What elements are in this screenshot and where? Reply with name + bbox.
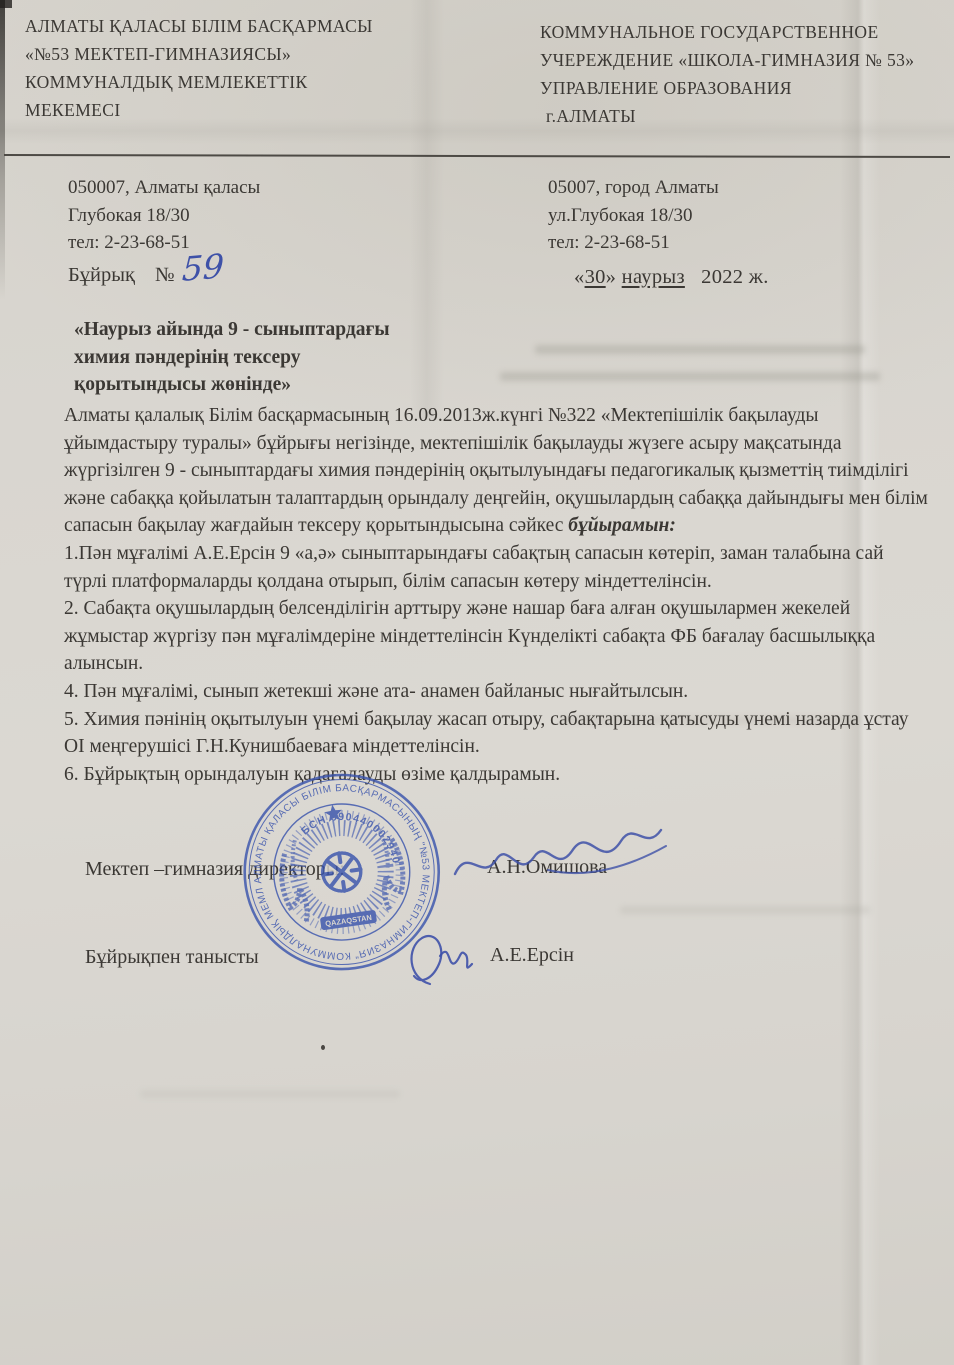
address-line: ул.Глубокая 18/30 [548,202,719,230]
date-year: 2022 ж. [701,266,769,288]
order-number-handwritten: 59 [181,246,225,289]
scan-edge-left [0,0,5,300]
date-day: 30 [585,266,606,288]
address-block-russian: 05007, город Алматы ул.Глубокая 18/30 те… [548,174,719,257]
scanned-document-page: АЛМАТЫ ҚАЛАСЫ БІЛІМ БАСҚАРМАСЫ «№53 МЕКТ… [0,0,954,1365]
body-intro-paragraph: Алматы қалалық Білім басқармасының 16.09… [64,402,928,540]
bleedthrough-line [535,345,865,354]
order-item: 6. Бұйрықтың орындалуын қадағалауды өзім… [64,761,928,789]
address-line: тел: 2-23-68-51 [68,229,260,257]
letterhead-kazakh: АЛМАТЫ ҚАЛАСЫ БІЛІМ БАСҚАРМАСЫ «№53 МЕКТ… [25,12,485,124]
subject-line: химия пәндерінің тексеру [74,344,390,372]
stamp-svg: АЛМАТЫ ҚАЛАСЫ БІЛІМ БАСҚАРМАСЫНЫҢ "№53 М… [226,755,458,993]
teacher-name: А.Е.Ерсін [490,944,574,967]
bleedthrough-line [140,1090,400,1098]
order-item: 2. Сабақта оқушылардың белсенділігін арт… [64,595,928,678]
date-open-quote: « [574,266,585,288]
letterhead-line: «№53 МЕКТЕП-ГИМНАЗИЯСЫ» [25,40,485,68]
letterhead-line: г.АЛМАТЫ [540,102,940,130]
address-block-kazakh: 050007, Алматы қаласы Глубокая 18/30 тел… [68,174,260,257]
official-round-stamp: АЛМАТЫ ҚАЛАСЫ БІЛІМ БАСҚАРМАСЫНЫҢ "№53 М… [226,755,458,993]
letterhead-line: АЛМАТЫ ҚАЛАСЫ БІЛІМ БАСҚАРМАСЫ [25,12,485,40]
address-line: тел: 2-23-68-51 [548,229,719,257]
order-subject: «Наурыз айында 9 - сыныптардағы химия пә… [74,316,390,399]
order-item: 5. Химия пәнінің оқытылуын үнемі бақылау… [64,706,928,761]
letterhead-divider-rule [4,154,950,158]
letterhead-line: МЕКЕМЕСІ [25,96,485,124]
order-label: Бұйрық [68,264,135,287]
order-body: Алматы қалалық Білім басқармасының 16.09… [64,402,928,788]
date-month: наурыз [622,266,685,288]
order-number-sign: № [155,264,175,287]
bleedthrough-line [500,372,880,381]
letterhead-line: КОММУНАЛЬНОЕ ГОСУДАРСТВЕННОЕ [540,18,940,46]
body-intro-text: Алматы қалалық Білім басқармасының 16.09… [64,405,928,536]
letterhead-russian: КОММУНАЛЬНОЕ ГОСУДАРСТВЕННОЕ УЧЕРЕЖДЕНИЕ… [540,18,940,130]
ink-dot [321,1045,325,1050]
bleedthrough-line [620,906,870,914]
order-date: «30» наурыз 2022 ж. [574,266,769,289]
order-item: 1.Пән мұғалімі А.Е.Ерсін 9 «а,ә» сыныпта… [64,540,928,595]
address-line: 05007, город Алматы [548,174,719,202]
body-intro-decree-word: бұйырамын: [568,515,676,536]
subject-line: қорытындысы жөнінде» [74,371,390,399]
address-line: 050007, Алматы қаласы [68,174,260,202]
address-line: Глубокая 18/30 [68,202,260,230]
subject-line: «Наурыз айында 9 - сыныптардағы [74,316,390,344]
scan-edge-corner [0,0,12,8]
director-name: А.Н.Омишова [487,856,607,879]
letterhead-line: УПРАВЛЕНИЕ ОБРАЗОВАНИЯ [540,74,940,102]
letterhead-line: КОММУНАЛДЫҚ МЕМЛЕКЕТТІК [25,68,485,96]
date-close-quote: » [606,266,617,288]
letterhead-line: УЧЕРЕЖДЕНИЕ «ШКОЛА-ГИМНАЗИЯ № 53» [540,46,940,74]
order-item: 4. Пән мұғалімі, сынып жетекші және ата-… [64,678,928,706]
acknowledged-label: Бұйрықпен танысты [85,946,259,969]
